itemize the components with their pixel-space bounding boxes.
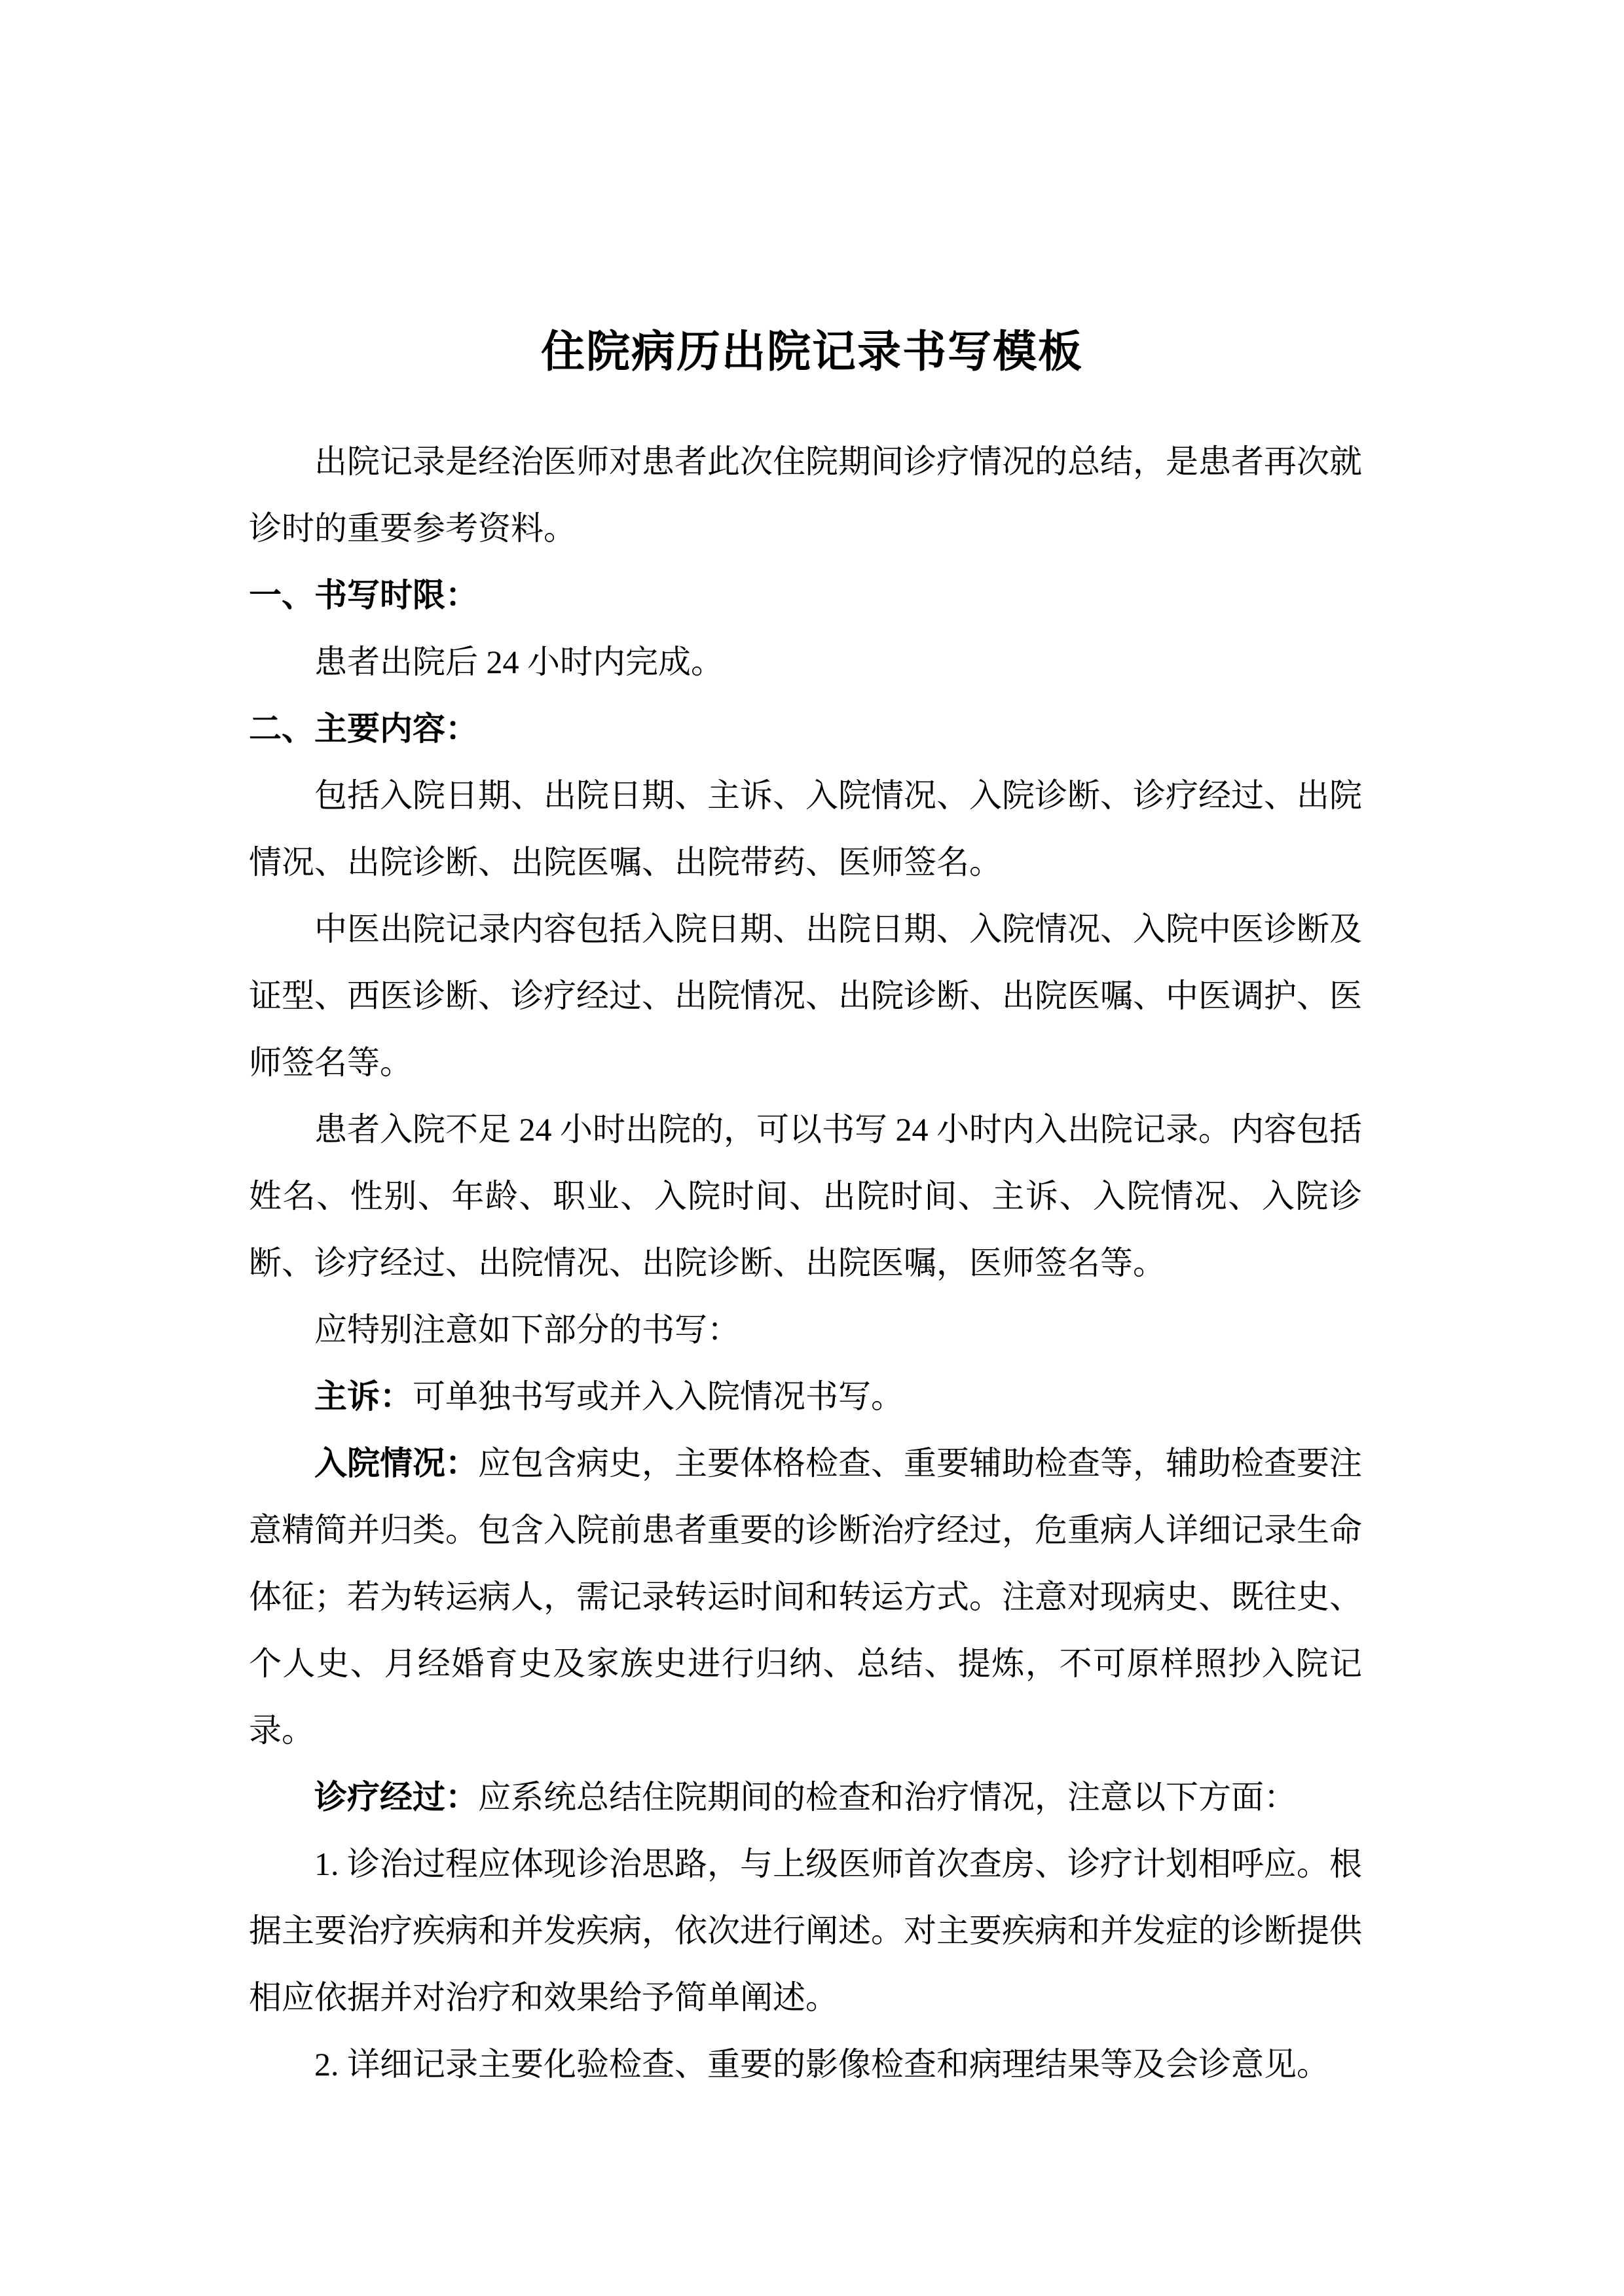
paragraph: 2. 详细记录主要化验检查、重要的影像检查和病理结果等及会诊意见。	[249, 2031, 1362, 2098]
paragraph: 入院情况：应包含病史，主要体格检查、重要辅助检查等，辅助检查要注意精简并归类。包…	[249, 1430, 1362, 1764]
paragraph-text: 包括入院日期、出院日期、主诉、入院情况、入院诊断、诊疗经过、出院情况、出院诊断、…	[249, 777, 1362, 881]
paragraph-text: 患者出院后 24 小时内完成。	[314, 644, 724, 680]
paragraph: 二、主要内容：	[249, 695, 1362, 762]
paragraph-text: 患者入院不足 24 小时出院的，可以书写 24 小时内入出院记录。内容包括姓名、…	[249, 1111, 1362, 1281]
paragraph: 应特别注意如下部分的书写：	[249, 1296, 1362, 1363]
paragraph-text: 一、书写时限：	[249, 577, 478, 613]
paragraph-lead: 入院情况：	[314, 1445, 478, 1482]
document-title: 住院病历出院记录书写模板	[0, 316, 1624, 388]
document-page: 住院病历出院记录书写模板 出院记录是经治医师对患者此次住院期间诊疗情况的总结，是…	[0, 0, 1624, 2296]
paragraph: 主诉：可单独书写或并入入院情况书写。	[249, 1363, 1362, 1430]
paragraph-text: 出院记录是经治医师对患者此次住院期间诊疗情况的总结，是患者再次就诊时的重要参考资…	[249, 443, 1362, 547]
paragraph-text: 1. 诊治过程应体现诊治思路，与上级医师首次查房、诊疗计划相呼应。根据主要治疗疾…	[249, 1846, 1362, 2016]
paragraph-lead: 主诉：	[314, 1378, 413, 1415]
paragraph: 一、书写时限：	[249, 562, 1362, 629]
paragraph: 患者出院后 24 小时内完成。	[249, 629, 1362, 695]
paragraph-text: 2. 详细记录主要化验检查、重要的影像检查和病理结果等及会诊意见。	[314, 2046, 1329, 2083]
paragraph-text: 二、主要内容：	[249, 710, 478, 747]
paragraph: 出院记录是经治医师对患者此次住院期间诊疗情况的总结，是患者再次就诊时的重要参考资…	[249, 428, 1362, 562]
paragraph-text: 应特别注意如下部分的书写：	[314, 1311, 740, 1348]
paragraph-lead: 诊疗经过：	[314, 1779, 478, 1815]
paragraph-text: 可单独书写或并入入院情况书写。	[413, 1378, 904, 1415]
paragraph: 患者入院不足 24 小时出院的，可以书写 24 小时内入出院记录。内容包括姓名、…	[249, 1096, 1362, 1296]
paragraph: 1. 诊治过程应体现诊治思路，与上级医师首次查房、诊疗计划相呼应。根据主要治疗疾…	[249, 1831, 1362, 2031]
paragraph: 中医出院记录内容包括入院日期、出院日期、入院情况、入院中医诊断及证型、西医诊断、…	[249, 896, 1362, 1096]
paragraph-text: 应包含病史，主要体格检查、重要辅助检查等，辅助检查要注意精简并归类。包含入院前患…	[249, 1445, 1362, 1749]
document-body: 出院记录是经治医师对患者此次住院期间诊疗情况的总结，是患者再次就诊时的重要参考资…	[249, 428, 1362, 2098]
paragraph-text: 应系统总结住院期间的检查和治疗情况，注意以下方面：	[478, 1779, 1297, 1815]
paragraph: 包括入院日期、出院日期、主诉、入院情况、入院诊断、诊疗经过、出院情况、出院诊断、…	[249, 762, 1362, 896]
paragraph: 诊疗经过：应系统总结住院期间的检查和治疗情况，注意以下方面：	[249, 1764, 1362, 1831]
paragraph-text: 中医出院记录内容包括入院日期、出院日期、入院情况、入院中医诊断及证型、西医诊断、…	[249, 911, 1362, 1081]
